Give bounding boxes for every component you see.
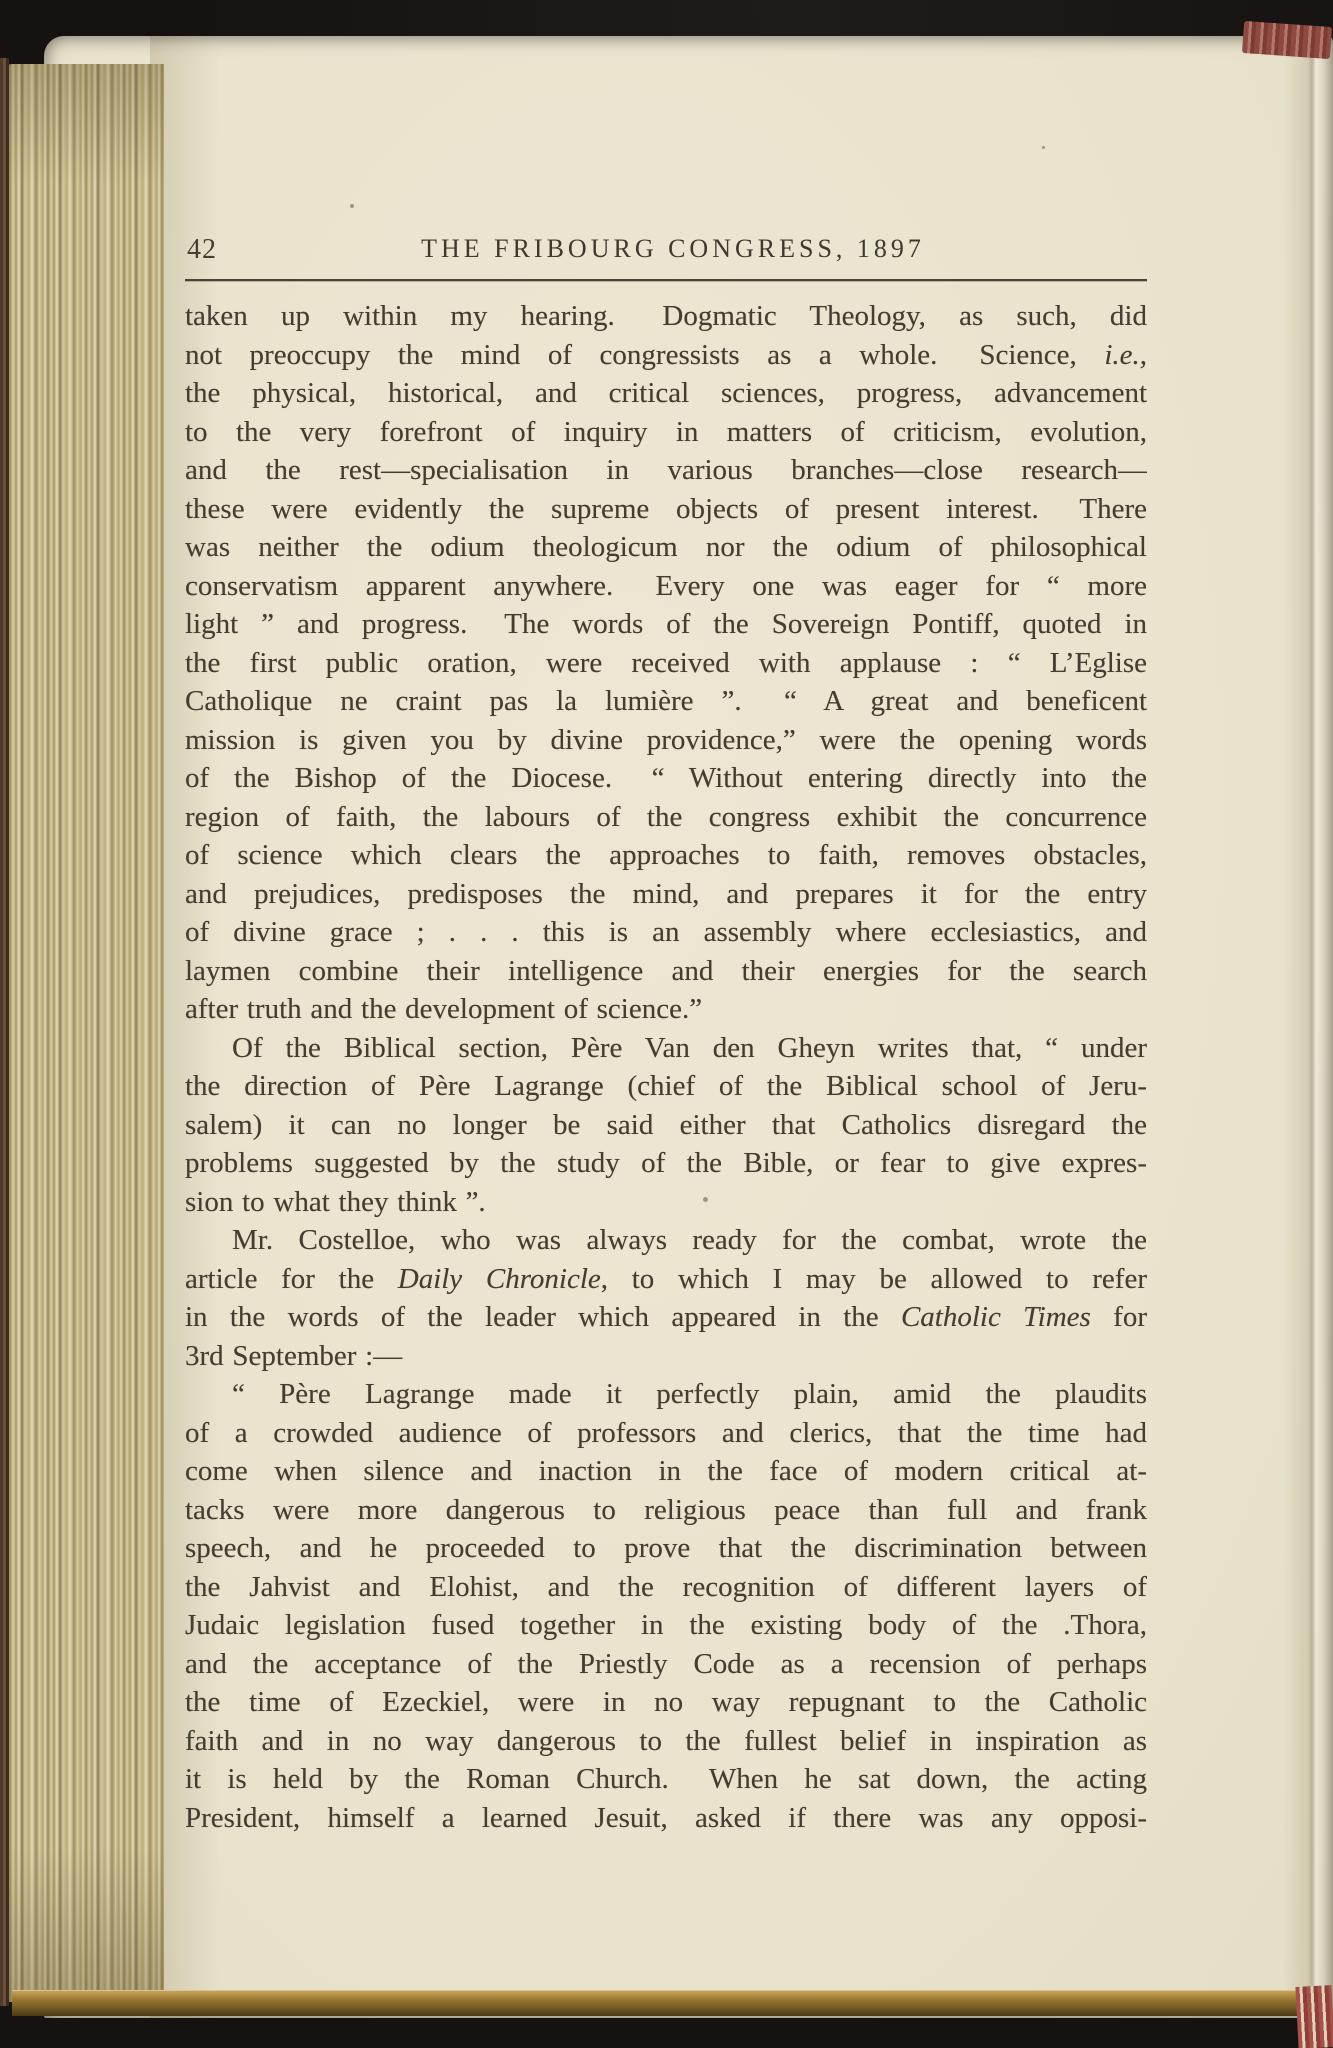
- line-text: , to which I may be allowed to refer: [601, 1263, 1147, 1295]
- page-body: taken up within my hearing. Dogmatic The…: [185, 297, 1147, 1837]
- line-text: and prejudices, predisposes the mind, an…: [185, 878, 1147, 910]
- text-line: and the rest—specialisation in various b…: [185, 451, 1147, 490]
- binding-corner-bottom-icon: [1295, 1985, 1333, 2048]
- page-crease: [1283, 36, 1333, 2016]
- line-text: mission is given you by divine providenc…: [185, 724, 1147, 756]
- text-line: Judaic legislation fused together in the…: [185, 1606, 1147, 1645]
- paragraph-3: Mr. Costelloe, who was always ready for …: [185, 1221, 1147, 1375]
- line-text: and the rest—specialisation in various b…: [185, 454, 1147, 486]
- paragraph-2: Of the Biblical section, Père Van den Gh…: [185, 1029, 1147, 1222]
- text-line: the first public oration, were received …: [185, 644, 1147, 683]
- line-text: of a crowded audience of professors and …: [185, 1417, 1147, 1449]
- text-line: was neither the odium theologicum nor th…: [185, 528, 1147, 567]
- page-header: 42 THE FRIBOURG CONGRESS, 1897: [185, 234, 1147, 270]
- text-line: salem) it can no longer be said either t…: [185, 1106, 1147, 1145]
- line-text: conservatism apparent anywhere. Every on…: [185, 570, 1147, 602]
- line-text: of divine grace ; . . . this is an assem…: [185, 916, 1147, 948]
- line-text-italic: i.e.,: [1104, 339, 1147, 371]
- line-text: Catholique ne craint pas la lumière ”. “…: [185, 685, 1147, 717]
- text-line: 3rd September :—: [185, 1337, 1147, 1376]
- paper-speck: [1042, 146, 1045, 149]
- page-edges-stack: [2, 64, 164, 2002]
- text-line: the direction of Père Lagrange (chief of…: [185, 1067, 1147, 1106]
- line-text: to the very forefront of inquiry in matt…: [185, 416, 1147, 448]
- text-line: sion to what they think ”.: [185, 1183, 1147, 1222]
- line-text: these were evidently the supreme objects…: [185, 493, 1147, 525]
- line-text: light ” and progress. The words of the S…: [185, 608, 1147, 640]
- text-line: of divine grace ; . . . this is an assem…: [185, 913, 1147, 952]
- line-text-italic: Daily Chronicle: [398, 1263, 601, 1295]
- line-text: Judaic legislation fused together in the…: [185, 1609, 1147, 1641]
- running-title: THE FRIBOURG CONGRESS, 1897: [185, 234, 1147, 264]
- text-line: region of faith, the labours of the cong…: [185, 798, 1147, 837]
- text-line: mission is given you by divine providenc…: [185, 721, 1147, 760]
- line-text: problems suggested by the study of the B…: [185, 1147, 1147, 1179]
- text-line: and the acceptance of the Priestly Code …: [185, 1645, 1147, 1684]
- text-line: taken up within my hearing. Dogmatic The…: [185, 297, 1147, 336]
- line-text: the physical, historical, and critical s…: [185, 377, 1147, 409]
- text-line: speech, and he proceeded to prove that t…: [185, 1529, 1147, 1568]
- text-line: Catholique ne craint pas la lumière ”. “…: [185, 682, 1147, 721]
- text-line: conservatism apparent anywhere. Every on…: [185, 567, 1147, 606]
- line-text: 3rd September :—: [185, 1340, 402, 1372]
- line-text: sion to what they think ”.: [185, 1186, 486, 1218]
- line-text: and the acceptance of the Priestly Code …: [185, 1648, 1147, 1680]
- line-text: taken up within my hearing. Dogmatic The…: [185, 300, 1147, 332]
- line-text: after truth and the development of scien…: [185, 993, 702, 1025]
- line-text: tacks were more dangerous to religious p…: [185, 1494, 1147, 1526]
- line-text: it is held by the Roman Church. When he …: [185, 1763, 1147, 1795]
- page-number: 42: [187, 234, 217, 266]
- text-line: of a crowded audience of professors and …: [185, 1414, 1147, 1453]
- line-text: in the words of the leader which appeare…: [185, 1301, 901, 1333]
- line-text: “ Père Lagrange made it perfectly plain,…: [232, 1378, 1147, 1410]
- page-bottom-edge: [12, 1990, 1326, 2016]
- line-text: the direction of Père Lagrange (chief of…: [185, 1070, 1147, 1102]
- text-line: of the Bishop of the Diocese. “ Without …: [185, 759, 1147, 798]
- text-line: the time of Ezeckiel, were in no way rep…: [185, 1683, 1147, 1722]
- text-line: it is held by the Roman Church. When he …: [185, 1760, 1147, 1799]
- text-line: and prejudices, predisposes the mind, an…: [185, 875, 1147, 914]
- line-text: President, himself a learned Jesuit, ask…: [185, 1802, 1147, 1834]
- text-line: Mr. Costelloe, who was always ready for …: [185, 1221, 1147, 1260]
- text-line: not preoccupy the mind of congressists a…: [185, 336, 1147, 375]
- line-text: speech, and he proceeded to prove that t…: [185, 1532, 1147, 1564]
- line-text: of science which clears the approaches t…: [185, 839, 1147, 871]
- spine-edge: [0, 58, 9, 2006]
- text-line: after truth and the development of scien…: [185, 990, 1147, 1029]
- text-line: of science which clears the approaches t…: [185, 836, 1147, 875]
- line-text: the Jahvist and Elohist, and the recogni…: [185, 1571, 1147, 1603]
- text-line: to the very forefront of inquiry in matt…: [185, 413, 1147, 452]
- line-text: the time of Ezeckiel, were in no way rep…: [185, 1686, 1147, 1718]
- line-text: the first public oration, were received …: [185, 647, 1147, 679]
- text-line: tacks were more dangerous to religious p…: [185, 1491, 1147, 1530]
- line-text: faith and in no way dangerous to the ful…: [185, 1725, 1147, 1757]
- paragraph-4: “ Père Lagrange made it perfectly plain,…: [185, 1375, 1147, 1837]
- line-text: article for the: [185, 1263, 398, 1295]
- text-line: problems suggested by the study of the B…: [185, 1144, 1147, 1183]
- line-text: of the Bishop of the Diocese. “ Without …: [185, 762, 1147, 794]
- text-line: faith and in no way dangerous to the ful…: [185, 1722, 1147, 1761]
- paragraph-1: taken up within my hearing. Dogmatic The…: [185, 297, 1147, 1029]
- line-text: Of the Biblical section, Père Van den Gh…: [232, 1032, 1147, 1064]
- text-line: the Jahvist and Elohist, and the recogni…: [185, 1568, 1147, 1607]
- text-line: Of the Biblical section, Père Van den Gh…: [185, 1029, 1147, 1068]
- text-line: President, himself a learned Jesuit, ask…: [185, 1799, 1147, 1838]
- line-text-italic: Catholic Times: [901, 1301, 1091, 1333]
- header-rule: [185, 279, 1147, 281]
- line-text: come when silence and inaction in the fa…: [185, 1455, 1147, 1487]
- text-line: article for the Daily Chronicle, to whic…: [185, 1260, 1147, 1299]
- line-text: not preoccupy the mind of congressists a…: [185, 339, 1104, 371]
- text-line: in the words of the leader which appeare…: [185, 1298, 1147, 1337]
- binding-corner-top-icon: [1242, 21, 1332, 59]
- line-text: laymen combine their intelligence and th…: [185, 955, 1147, 987]
- text-line: these were evidently the supreme objects…: [185, 490, 1147, 529]
- text-line: “ Père Lagrange made it perfectly plain,…: [185, 1375, 1147, 1414]
- book-photo: { "header": { "page_number": "42", "runn…: [0, 0, 1333, 2048]
- text-line: light ” and progress. The words of the S…: [185, 605, 1147, 644]
- line-text: for: [1091, 1301, 1147, 1333]
- text-line: the physical, historical, and critical s…: [185, 374, 1147, 413]
- line-text: was neither the odium theologicum nor th…: [185, 531, 1147, 563]
- line-text: salem) it can no longer be said either t…: [185, 1109, 1147, 1141]
- line-text: region of faith, the labours of the cong…: [185, 801, 1147, 833]
- text-line: laymen combine their intelligence and th…: [185, 952, 1147, 991]
- line-text: Mr. Costelloe, who was always ready for …: [232, 1224, 1147, 1256]
- text-line: come when silence and inaction in the fa…: [185, 1452, 1147, 1491]
- paper-speck: [350, 204, 354, 208]
